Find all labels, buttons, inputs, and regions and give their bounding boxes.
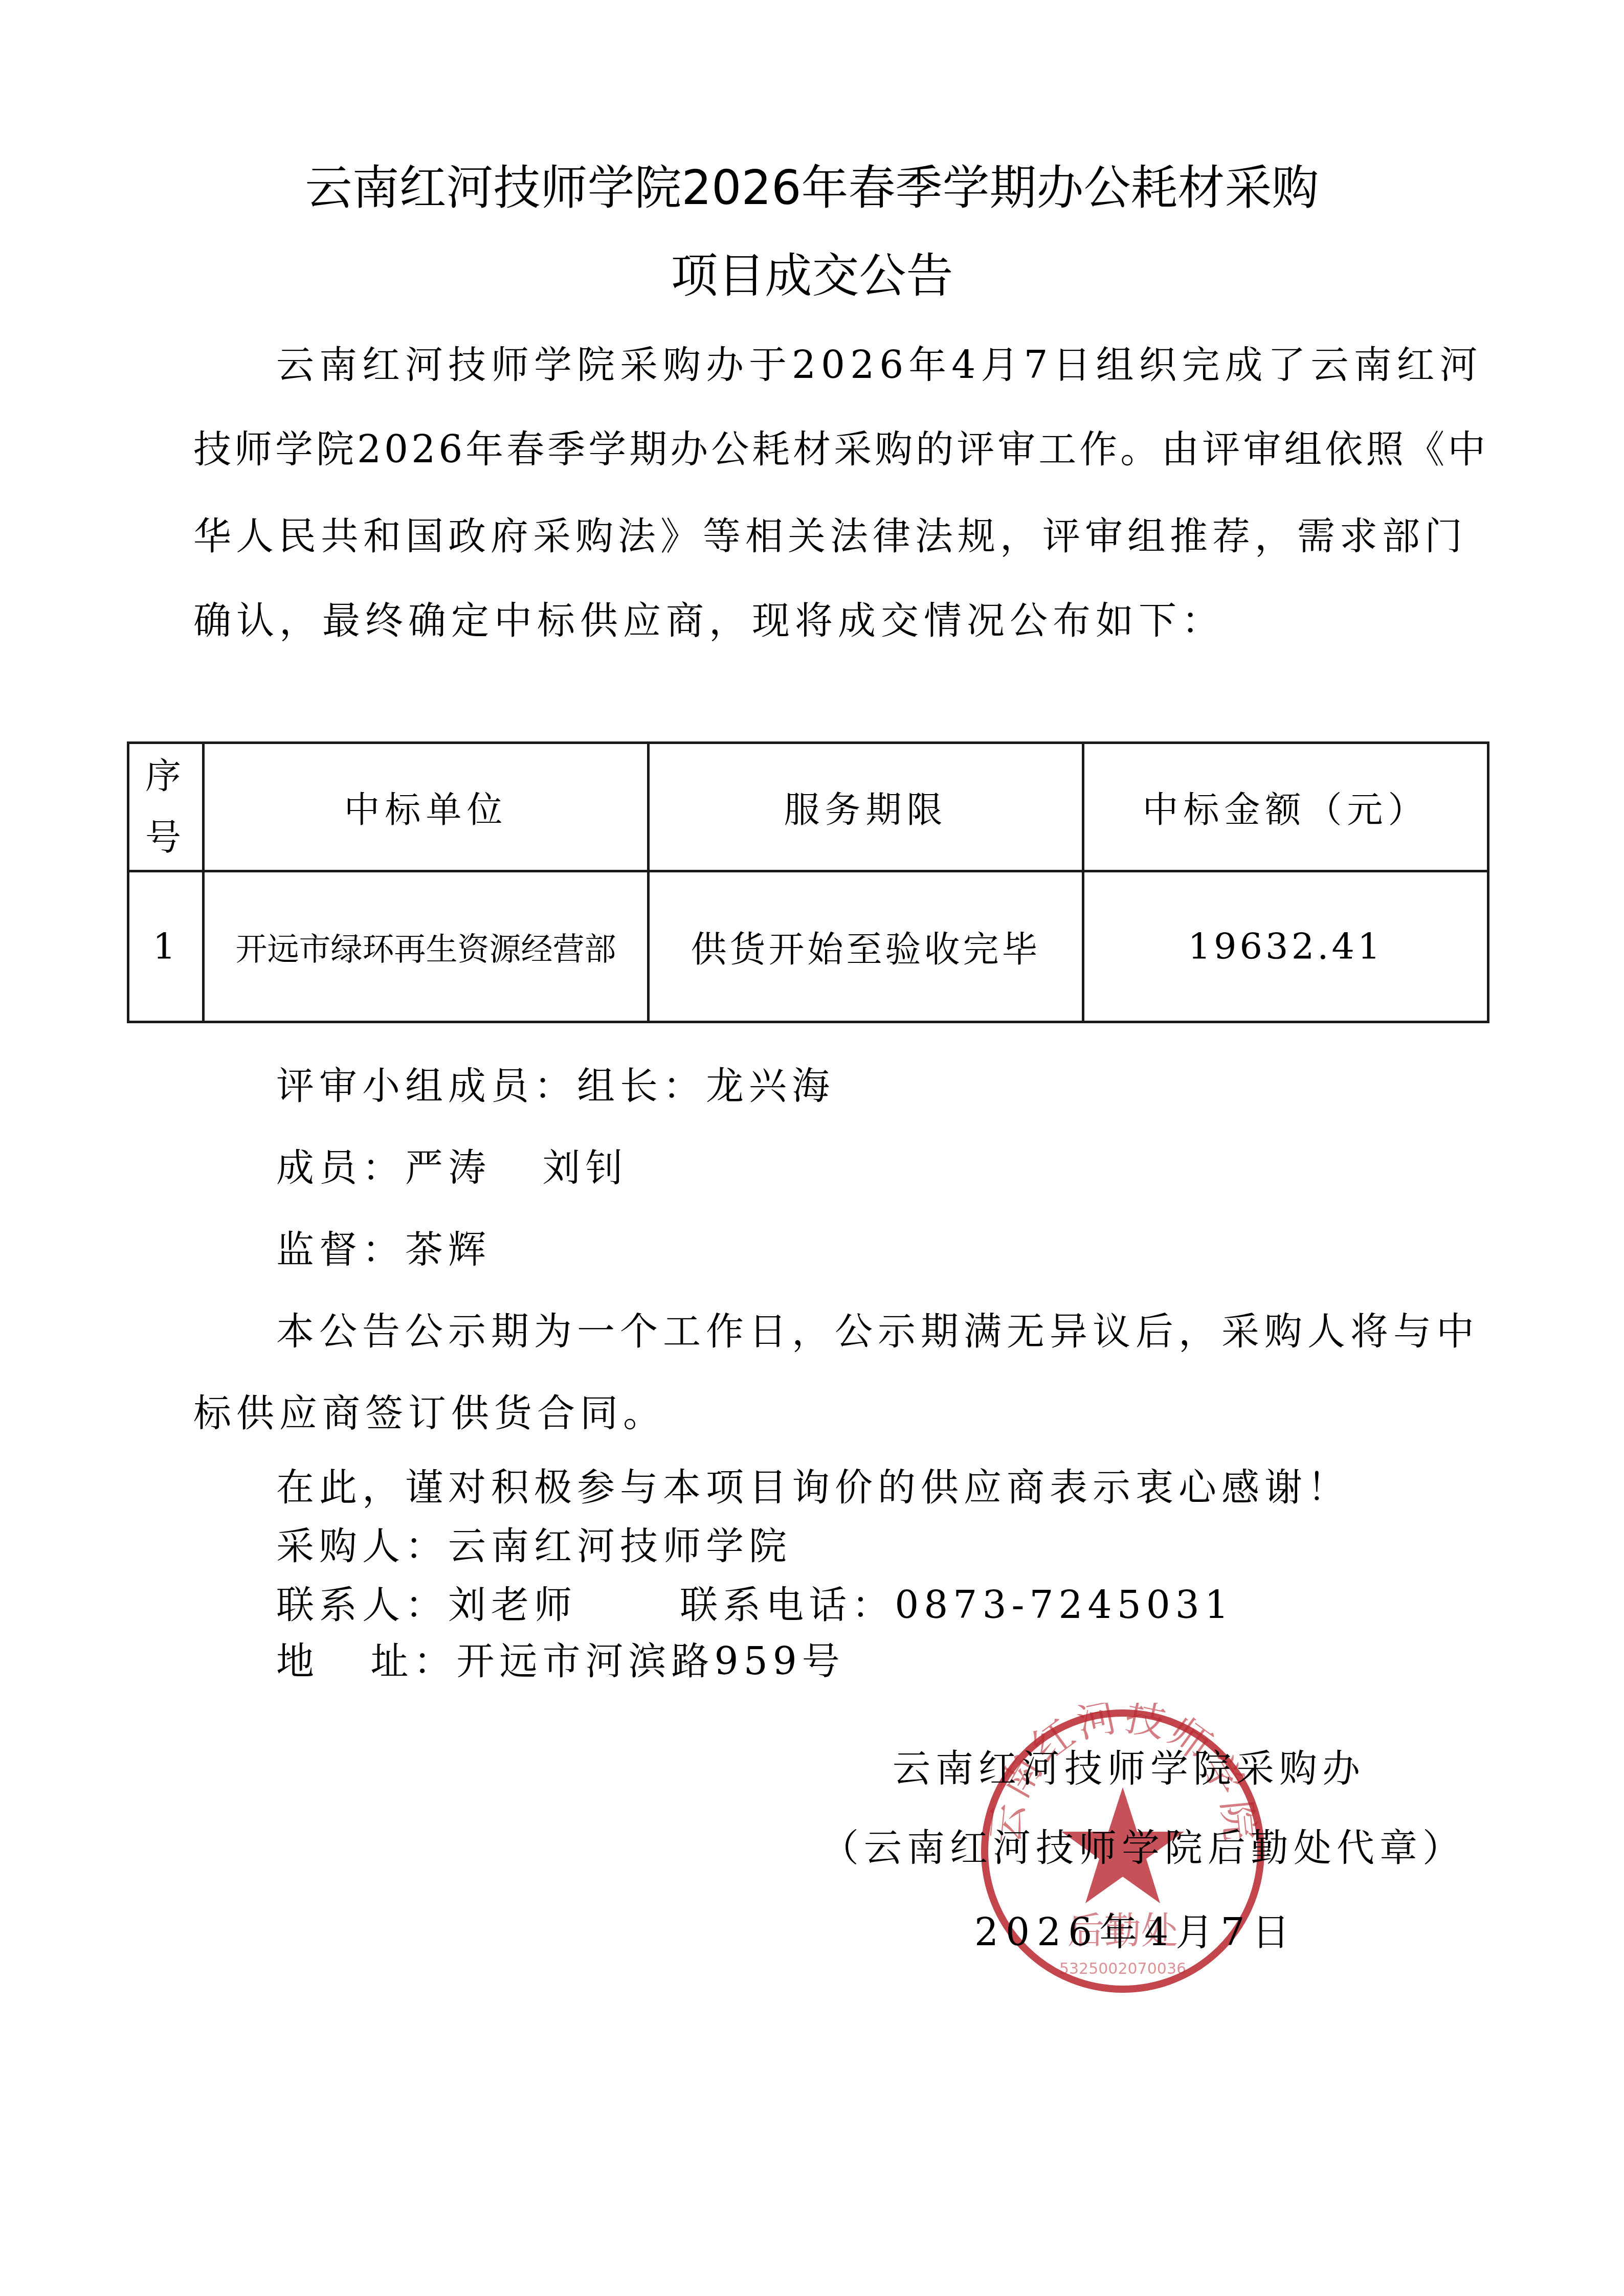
signature-org: 云南红河技师学院采购办 xyxy=(893,1739,1365,1793)
cell-period: 供货开始至验收完毕 xyxy=(649,871,1083,1022)
cell-seq: 1 xyxy=(128,871,204,1022)
header-seq-top: 序 xyxy=(129,746,202,807)
notice-line: 标供应商签订供货合同。 xyxy=(193,1383,666,1437)
thanks-line: 在此，谨对积极参与本项目询价的供应商表示衷心感谢！ xyxy=(276,1457,1350,1512)
purchaser-line: 采购人：云南红河技师学院 xyxy=(276,1516,792,1570)
cell-winner: 开远市绿环再生资源经营部 xyxy=(204,871,649,1022)
contact-line: 联系人：刘老师 联系电话：0873-7245031 xyxy=(276,1575,1234,1629)
header-amount: 中标金额（元） xyxy=(1083,743,1488,871)
intro-line: 确认，最终确定中标供应商，现将成交情况公布如下： xyxy=(193,591,1225,645)
notice-line: 本公告公示期为一个工作日，公示期满无异议后，采购人将与中 xyxy=(276,1301,1479,1356)
header-period: 服务期限 xyxy=(649,743,1083,871)
result-table: 序 号 中标单位 服务期限 中标金额（元） 1 开远市绿环再生资源经营部 供货开… xyxy=(127,741,1489,1023)
panel-supervisor: 监督：茶辉 xyxy=(276,1220,491,1274)
signature-date: 2026年4月7日 xyxy=(974,1902,1297,1956)
header-winner: 中标单位 xyxy=(204,743,649,871)
intro-line: 云南红河技师学院采购办于2026年4月7日组织完成了云南红河 xyxy=(276,335,1482,389)
intro-line: 技师学院2026年春季学期办公耗材采购的评审工作。由评审组依照《中 xyxy=(193,419,1488,474)
table-row: 1 开远市绿环再生资源经营部 供货开始至验收完毕 19632.41 xyxy=(128,871,1488,1022)
address-line: 地 址：开远市河滨路959号 xyxy=(276,1631,845,1685)
signature-proxy: （云南红河技师学院后勤处代章） xyxy=(821,1818,1465,1872)
document-title-line1: 云南红河技师学院2026年春季学期办公耗材采购 xyxy=(0,163,1624,214)
panel-members: 成员：严涛 刘钊 xyxy=(276,1138,629,1192)
header-seq-bottom: 号 xyxy=(129,807,202,868)
cell-amount: 19632.41 xyxy=(1083,871,1488,1022)
table-header-row: 序 号 中标单位 服务期限 中标金额（元） xyxy=(128,743,1488,871)
header-seq: 序 号 xyxy=(128,743,204,871)
svg-text:5325002070036: 5325002070036 xyxy=(1059,1960,1186,1978)
intro-line: 华人民共和国政府采购法》等相关法律法规，评审组推荐，需求部门 xyxy=(193,506,1467,560)
panel-leader: 评审小组成员：组长：龙兴海 xyxy=(276,1056,835,1110)
document-title-line2: 项目成交公告 xyxy=(0,251,1624,302)
